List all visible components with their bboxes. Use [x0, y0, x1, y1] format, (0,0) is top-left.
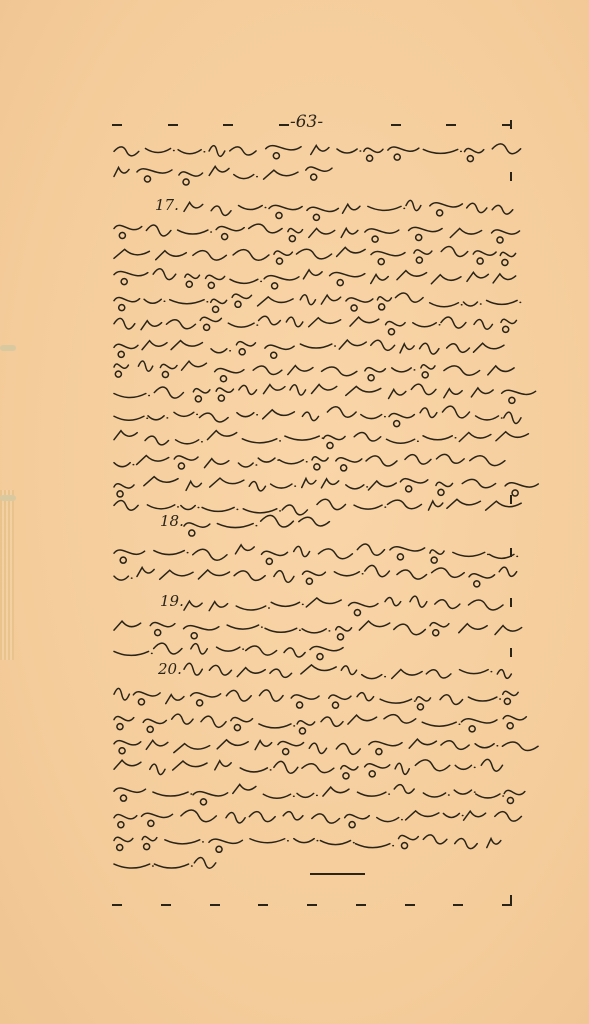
- shorthand-line: [112, 427, 512, 449]
- shorthand-line: [112, 404, 512, 426]
- margin-tick: [510, 120, 512, 129]
- binding-stitch: [0, 345, 16, 351]
- margin-tick: [510, 172, 512, 181]
- section-number: 20.: [158, 660, 182, 678]
- shorthand-line: [112, 541, 512, 563]
- margin-tick: [510, 598, 512, 607]
- shorthand-line: [112, 162, 342, 184]
- margin-tick: [510, 895, 512, 904]
- shorthand-line: [112, 220, 512, 242]
- shorthand-line: [112, 757, 512, 779]
- shorthand-line: [182, 513, 342, 535]
- shorthand-line: [112, 450, 512, 472]
- shorthand-line: [112, 617, 512, 639]
- scanned-page: -63- 17. 18. 19. 20.: [0, 0, 589, 1024]
- page-number: -63-: [290, 112, 323, 132]
- shorthand-line: [112, 710, 512, 732]
- shorthand-line: [112, 289, 512, 311]
- shorthand-line: [112, 243, 512, 265]
- shorthand-line: [112, 312, 512, 334]
- section-number: 18.: [160, 512, 184, 530]
- shorthand-line: [112, 830, 512, 852]
- shorthand-line: [112, 358, 512, 380]
- binding-edge: [0, 490, 14, 660]
- section-number: 19.: [160, 592, 184, 610]
- shorthand-line: [182, 593, 512, 615]
- shorthand-line: [112, 781, 512, 803]
- shorthand-line: [112, 853, 202, 875]
- shorthand-line: [112, 140, 512, 162]
- shorthand-line: [112, 381, 512, 403]
- margin-tick: [510, 495, 512, 504]
- section-number: 17.: [155, 196, 179, 214]
- shorthand-line: [112, 735, 512, 757]
- shorthand-line: [112, 335, 512, 357]
- bottom-dashed-border: [112, 900, 512, 910]
- shorthand-line: [112, 266, 512, 288]
- shorthand-line: [112, 563, 512, 585]
- margin-tick: [510, 548, 512, 557]
- margin-tick: [510, 648, 512, 657]
- shorthand-line: [112, 686, 512, 708]
- shorthand-line: [112, 805, 512, 827]
- end-rule: [310, 873, 365, 875]
- shorthand-line: [182, 661, 512, 683]
- shorthand-line: [112, 639, 342, 661]
- shorthand-line: [182, 197, 512, 219]
- shorthand-line: [112, 473, 512, 495]
- binding-stitch: [0, 495, 16, 501]
